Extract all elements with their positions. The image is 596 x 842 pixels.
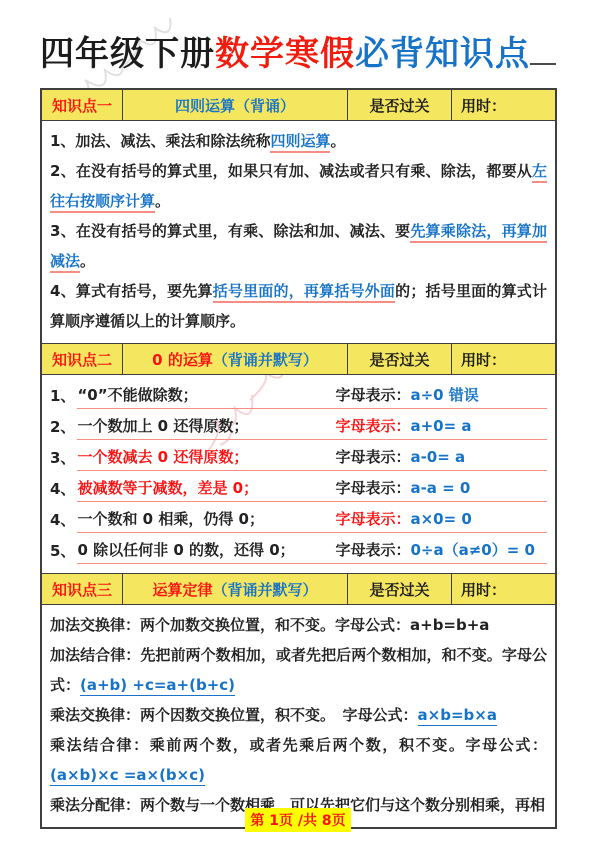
rule-formula: 字母表示：0÷a（a≠0）= 0 — [335, 535, 547, 565]
rule-text: 2、在没有括号的算式里，如果只有加、减法或者只有乘、除法，都要从 — [50, 162, 532, 180]
formula-value: a-0= a — [410, 448, 465, 466]
page-footer: 第 1页 /共 8页 — [0, 808, 596, 832]
row-number: 4、 — [50, 505, 77, 535]
page-number-badge: 第 1页 /共 8页 — [245, 808, 350, 832]
row-number: 2、 — [50, 412, 77, 442]
rule-item: 1、加法、减法、乘法和除法统称四则运算。 — [50, 126, 547, 156]
zero-rule-row: 4、 被减数等于减数，差是 0；字母表示：a-a = 0 — [50, 473, 547, 504]
rule-formula: 字母表示：a-a = 0 — [335, 473, 547, 503]
formula-value: a÷0 错误 — [410, 386, 478, 404]
rule-item: 3、在没有括号的算式里，有乘、除法和加、减法、要先算乘除法，再算加减法。 — [50, 216, 547, 276]
section2-body: 1、 “0”不能做除数；字母表示：a÷0 错误 2、 一个数加上 0 还得原数；… — [42, 375, 555, 574]
formula-label: 字母表示： — [335, 386, 410, 404]
row-number: 5、 — [50, 536, 77, 566]
section3-body: 加法交换律：两个加数交换位置，和不变。字母公式：a+b=b+a 加法结合律：先把… — [42, 605, 555, 827]
formula-label: 字母表示： — [335, 417, 410, 435]
formula-value: a-a = 0 — [410, 479, 470, 497]
zero-rule-row: 1、 “0”不能做除数；字母表示：a÷0 错误 — [50, 380, 547, 411]
row-number: 4、 — [50, 474, 77, 504]
section2-header: 知识点二 0 的运算（背诵并默写） 是否过关 用时： — [42, 344, 555, 375]
law-formula: (a+b) +c=a+(b+c) — [80, 676, 235, 696]
law-item: 加法结合律：先把前两个数相加，或者先把后两个数相加，和不变。字母公式：(a+b)… — [50, 640, 547, 700]
section1-topic: 四则运算（背诵） — [123, 90, 348, 120]
zero-rule-row: 4、 一个数和 0 相乘，仍得 0；字母表示：a×0= 0 — [50, 504, 547, 535]
rule-text: 3、在没有括号的算式里，有乘、除法和加、减法、要 — [50, 222, 410, 240]
formula-value: 0÷a（a≠0）= 0 — [410, 541, 534, 559]
section1-time-label: 用时： — [452, 90, 555, 120]
law-formula: (a×b)×c =a×(b×c) — [50, 766, 205, 786]
rule-highlight: 四则运算 — [270, 132, 330, 153]
zero-rule-row: 3、 一个数减去 0 还得原数；字母表示：a-0= a — [50, 442, 547, 473]
section1-label: 知识点一 — [42, 90, 123, 120]
row-underlined: 被减数等于减数，差是 0；字母表示：a-a = 0 — [77, 476, 547, 502]
rule-text: 一个数加上 0 还得原数； — [77, 411, 335, 441]
law-text: 加法交换律：两个加数交换位置，和不变。字母公式：a+b=b+a — [50, 616, 489, 634]
formula-value: a+0= a — [410, 417, 471, 435]
row-number: 3、 — [50, 443, 77, 473]
page-title: 四年级下册数学寒假必背知识点 — [0, 26, 596, 75]
formula-label: 字母表示： — [335, 479, 410, 497]
formula-label: 字母表示： — [335, 541, 410, 559]
rule-formula: 字母表示：a×0= 0 — [335, 504, 547, 534]
zero-rule-row: 2、 一个数加上 0 还得原数；字母表示：a+0= a — [50, 411, 547, 442]
law-text: 乘法结合律：乘前两个数，或者先乘后两个数，积不变。字母公式： — [50, 736, 547, 754]
zero-rule-row: 5、 0 除以任何非 0 的数，还得 0；字母表示：0÷a（a≠0）= 0 — [50, 535, 547, 566]
law-item: 乘法交换律：两个因数交换位置，积不变。 字母公式：a×b=b×a — [50, 700, 547, 730]
section2-time-label: 用时： — [452, 344, 555, 374]
rule-formula: 字母表示：a-0= a — [335, 442, 547, 472]
section3-topic-main: 运算定律 — [152, 579, 212, 600]
formula-value: a×0= 0 — [410, 510, 471, 528]
rule-formula: 字母表示：a÷0 错误 — [335, 380, 547, 410]
formula-label: 字母表示： — [335, 510, 410, 528]
formula-label: 字母表示： — [335, 448, 410, 466]
rule-text: 4、算式有括号，要先算 — [50, 282, 213, 300]
row-underlined: 一个数减去 0 还得原数；字母表示：a-0= a — [77, 445, 547, 471]
title-part-subject: 数学寒假 — [215, 34, 355, 74]
rule-item: 4、算式有括号，要先算括号里面的，再算括号外面的；括号里面的算式计算顺序遵循以上… — [50, 276, 547, 336]
rule-text: 一个数和 0 相乘，仍得 0； — [77, 504, 335, 534]
rule-text: 一个数减去 0 还得原数； — [77, 442, 335, 472]
row-underlined: “0”不能做除数；字母表示：a÷0 错误 — [77, 383, 547, 409]
rule-text: 0 除以任何非 0 的数，还得 0； — [77, 535, 335, 565]
section3-label: 知识点三 — [42, 574, 123, 604]
section2-topic: 0 的运算（背诵并默写） — [123, 344, 348, 374]
row-underlined: 一个数加上 0 还得原数；字母表示：a+0= a — [77, 414, 547, 440]
section1-pass-label: 是否过关 — [348, 90, 452, 120]
law-item: 乘法结合律：乘前两个数，或者先乘后两个数，积不变。字母公式：(a×b)×c =a… — [50, 730, 547, 790]
section3-pass-label: 是否过关 — [348, 574, 452, 604]
law-item: 加法交换律：两个加数交换位置，和不变。字母公式：a+b=b+a — [50, 610, 547, 640]
section3-time-label: 用时： — [452, 574, 555, 604]
row-underlined: 0 除以任何非 0 的数，还得 0；字母表示：0÷a（a≠0）= 0 — [77, 538, 547, 564]
law-formula: a×b=b×a — [418, 706, 497, 726]
section1-header: 知识点一 四则运算（背诵） 是否过关 用时： — [42, 90, 555, 121]
section3-topic-paren: （背诵并默写） — [213, 579, 318, 600]
section1-body: 1、加法、减法、乘法和除法统称四则运算。 2、在没有括号的算式里，如果只有加、减… — [42, 121, 555, 344]
knowledge-table: 知识点一 四则运算（背诵） 是否过关 用时： 1、加法、减法、乘法和除法统称四则… — [40, 88, 557, 829]
row-underlined: 一个数和 0 相乘，仍得 0；字母表示：a×0= 0 — [77, 507, 547, 533]
title-underline — [530, 61, 556, 65]
document-page: 四年级下册数学寒假必背知识点 知识点一 四则运算（背诵） 是否过关 用时： 1、… — [0, 0, 596, 842]
rule-text: 1、加法、减法、乘法和除法统称 — [50, 132, 270, 150]
rule-highlight: 括号里面的，再算括号外面 — [213, 282, 395, 303]
rule-text: 。 — [330, 132, 345, 150]
section2-topic-main: 0 的运算 — [152, 349, 213, 370]
rule-item: 2、在没有括号的算式里，如果只有加、减法或者只有乘、除法，都要从左往右按顺序计算… — [50, 156, 547, 216]
title-part-topic: 必背知识点 — [355, 34, 530, 74]
law-text: 乘法交换律：两个因数交换位置，积不变。 字母公式： — [50, 706, 418, 724]
section3-header: 知识点三 运算定律（背诵并默写） 是否过关 用时： — [42, 574, 555, 605]
rule-formula: 字母表示：a+0= a — [335, 411, 547, 441]
section2-pass-label: 是否过关 — [348, 344, 452, 374]
title-part-grade: 四年级下册 — [40, 34, 215, 74]
rule-text: “0”不能做除数； — [77, 380, 335, 410]
section3-topic: 运算定律（背诵并默写） — [123, 574, 348, 604]
rule-text: 。 — [80, 252, 95, 270]
rule-text: 被减数等于减数，差是 0； — [77, 473, 335, 503]
row-number: 1、 — [50, 381, 77, 411]
rule-text: 。 — [155, 192, 170, 210]
section2-topic-paren: （背诵并默写） — [213, 349, 318, 370]
section2-label: 知识点二 — [42, 344, 123, 374]
